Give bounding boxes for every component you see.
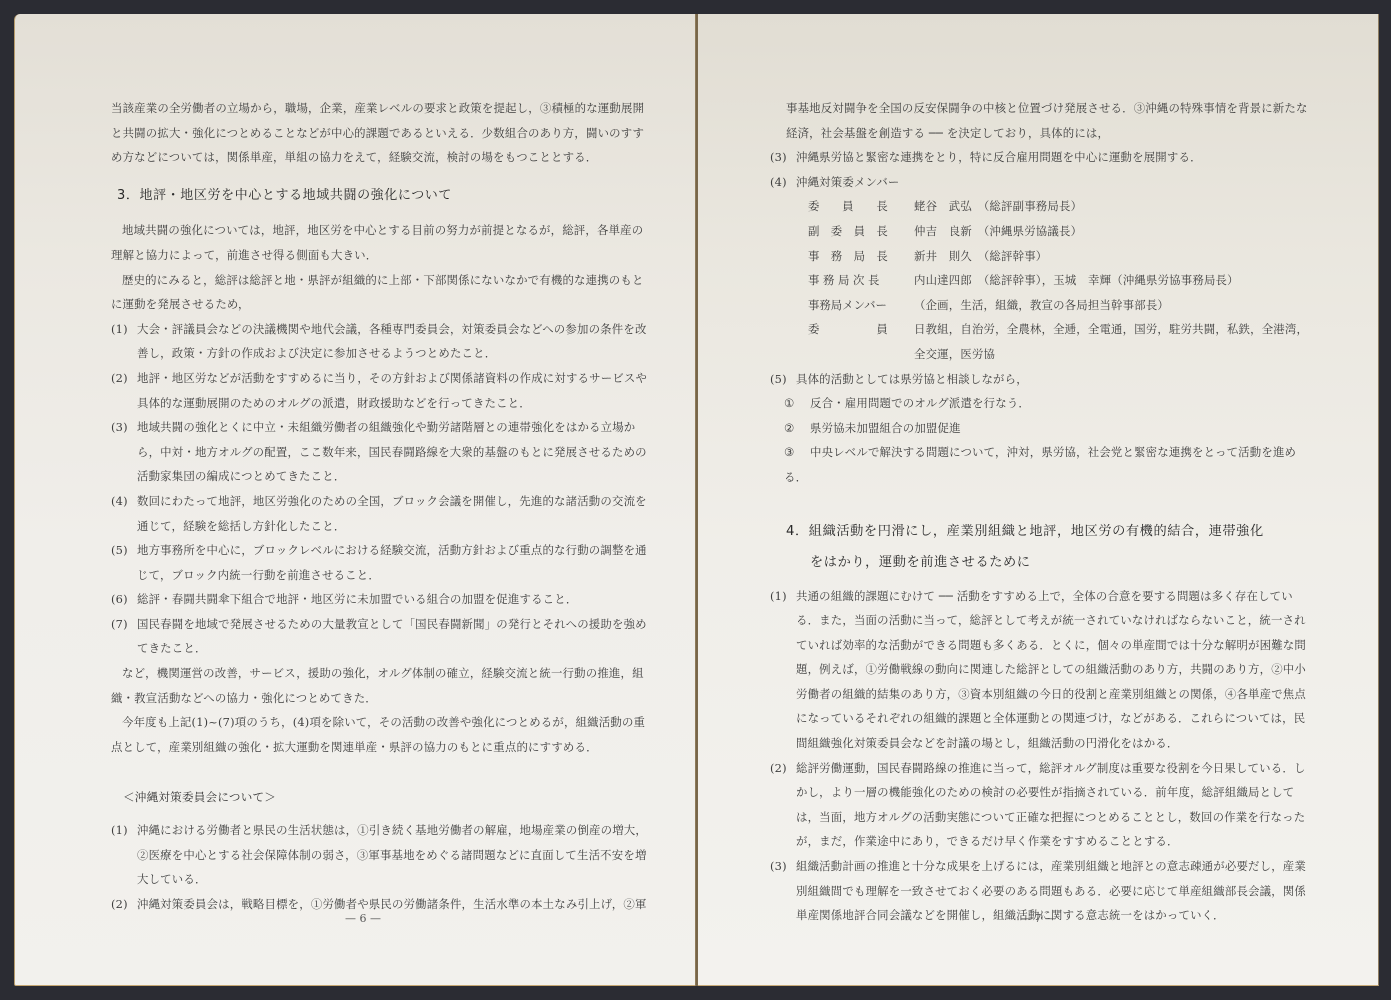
member-row: 事 務 局 長新井 則久 （総評幹事） [770, 244, 1310, 269]
right-page: 事基地反対闘争を全国の反安保闘争の中核と位置づけ発展させる．③沖縄の特殊事情を背… [698, 14, 1379, 986]
list-item: (1)共通の組織的課題にむけて ── 活動をすすめる上で，全体の合意を要する問題… [770, 584, 1310, 756]
heading-line: をはかり，運動を前進させるために [786, 547, 1310, 578]
member-name: 蛯谷 武弘 （総評副事務局長） [914, 194, 1310, 219]
list-item: (2)総評労働運動，国民春闘路線の推進に当って，総評オルグ制度は重要な役割を今日… [770, 756, 1310, 854]
list-item: (5)地方事務所を中心に，ブロックレベルにおける経験交流，活動方針および重点的な… [111, 538, 651, 587]
sub-list-item: ③中央レベルで解決する問題について，沖対，県労協，社会党と緊密な連携をとって活動… [770, 440, 1310, 489]
list-item: (6)総評・春闘共闘傘下組合で地評・地区労に未加盟でいる組合の加盟を促進すること… [111, 587, 651, 612]
list-item: (3)沖縄県労協と緊密な連携をとり，特に反合雇用問題を中心に運動を展開する． [770, 145, 1310, 170]
intro-paragraph: 当該産業の全労働者の立場から，職場，企業，産業レベルの要求と政策を提起し，③積極… [111, 96, 651, 170]
left-page-body: 当該産業の全労働者の立場から，職場，企業，産業レベルの要求と政策を提起し，③積極… [111, 96, 651, 916]
member-row: 委 員日教組，自治労，全農林，全逓，全電通，国労，駐労共闘，私鉄，全港湾，全交運… [770, 317, 1310, 366]
paragraph: 今年度も上記(1)~(7)項のうち，(4)項を除いて，その活動の改善や強化につと… [111, 710, 651, 759]
item-number: (3) [770, 145, 796, 170]
paragraph: など，機関運営の改善，サービス，援助の強化，オルグ体制の確立，経験交流と統一行動… [111, 661, 651, 710]
item-text: 沖縄における労働者と県民の生活状態は，①引き続く基地労働者の解雇，地場産業の倒産… [137, 823, 647, 886]
member-row: 事務局メンバー（企画，生活，組織，教宣の各局担当幹事部長） [770, 293, 1310, 318]
item-text: 国民春闘を地域で発展させるための大量教宣として「国民春闘新聞」の発行とそれへの援… [137, 617, 647, 656]
member-row: 委 員 長蛯谷 武弘 （総評副事務局長） [770, 194, 1310, 219]
page-number: — 6 — [345, 912, 381, 925]
member-role: 事務局メンバー [808, 293, 914, 318]
item-text: 反合・雇用問題でのオルグ派遣を行なう． [810, 396, 1030, 410]
item-text: 総評労働運動，国民春闘路線の推進に当って，総評オルグ制度は重要な役割を今日果して… [796, 761, 1306, 849]
member-role: 事 務 局 長 [808, 244, 914, 269]
item-text: 沖縄対策委員会は，戦略目標を，①労働者や県民の労働諸条件，生活水準の本土なみ引上… [137, 897, 647, 911]
item-number: (5) [770, 367, 796, 392]
member-role: 委 員 長 [808, 194, 914, 219]
page-number: — 7 — [1020, 912, 1056, 925]
list-item: (1)沖縄における労働者と県民の生活状態は，①引き続く基地労働者の解雇，地場産業… [111, 818, 651, 892]
item-text: 県労協未加盟組合の加盟促進 [810, 421, 961, 435]
left-page: 当該産業の全労働者の立場から，職場，企業，産業レベルの要求と政策を提起し，③積極… [14, 14, 697, 986]
item-number: ③ [784, 440, 810, 465]
list-item: (2)地評・地区労などが活動をすすめるに当り，その方針および関係諸資料の作成に対… [111, 366, 651, 415]
item-number: (1) [111, 818, 137, 843]
continuation-paragraph: 事基地反対闘争を全国の反安保闘争の中核と位置づけ発展させる．③沖縄の特殊事情を背… [770, 96, 1310, 145]
member-role: 委 員 [808, 317, 914, 366]
member-row: 副 委 員 長仲吉 良新 （沖縄県労協議長） [770, 219, 1310, 244]
item-number: (6) [111, 587, 137, 612]
list-item: (3)地域共闘の強化とくに中立・未組織労働者の組織強化や勤労諸階層との連帯強化を… [111, 415, 651, 489]
item-text: 中央レベルで解決する問題について，沖対，県労協，社会党と緊密な連携をとって活動を… [784, 445, 1296, 484]
member-name: 新井 則久 （総評幹事） [914, 244, 1310, 269]
item-text: 地域共闘の強化とくに中立・未組織労働者の組織強化や勤労諸階層との連帯強化をはかる… [137, 420, 647, 483]
item-number: (5) [111, 538, 137, 563]
item-text: 大会・評議員会などの決議機関や地代会議，各種専門委員会，対策委員会などへの参加の… [137, 322, 647, 361]
item-text: 地方事務所を中心に，ブロックレベルにおける経験交流，活動方針および重点的な行動の… [137, 543, 647, 582]
okinawa-committee-heading: ＜沖縄対策委員会について＞ [123, 785, 651, 810]
item-number: ② [784, 416, 810, 441]
numbered-list: (1)大会・評議員会などの決議機関や地代会議，各種専門委員会，対策委員会などへの… [111, 317, 651, 661]
list-item: (4)数回にわたって地評，地区労強化のための全国，ブロック会議を開催し，先進的な… [111, 489, 651, 538]
item-number: (1) [770, 584, 796, 609]
item-text: 具体的活動としては県労協と相談しながら， [796, 372, 1028, 386]
section-3-heading: 3．地評・地区労を中心とする地域共闘の強化について [117, 184, 651, 209]
item-number: (3) [111, 415, 137, 440]
paragraph: 地域共闘の強化については，地評，地区労を中心とする目前の努力が前提となるが，総評… [111, 218, 651, 267]
member-name: （企画，生活，組織，教宣の各局担当幹事部長） [914, 293, 1310, 318]
item-text: 地評・地区労などが活動をすすめるに当り，その方針および関係諸資料の作成に対するサ… [137, 371, 647, 410]
list-item: (5)具体的活動としては県労協と相談しながら， [770, 367, 1310, 392]
item-text: 共通の組織的課題にむけて ── 活動をすすめる上で，全体の合意を要する問題は多く… [796, 589, 1306, 751]
sub-list-item: ①反合・雇用問題でのオルグ派遣を行なう． [770, 391, 1310, 416]
item-number: (2) [111, 366, 137, 391]
member-name: 仲吉 良新 （沖縄県労協議長） [914, 219, 1310, 244]
member-name: 内山達四郎 （総評幹事），玉城 幸輝（沖縄県労協事務局長） [914, 268, 1310, 293]
committee-members-table: 委 員 長蛯谷 武弘 （総評副事務局長） 副 委 員 長仲吉 良新 （沖縄県労協… [770, 194, 1310, 366]
item-number: (1) [111, 317, 137, 342]
member-role: 副 委 員 長 [808, 219, 914, 244]
item-number: (4) [770, 170, 796, 195]
item-text: 沖縄県労協と緊密な連携をとり，特に反合雇用問題を中心に運動を展開する． [796, 150, 1202, 164]
list-item: (1)大会・評議員会などの決議機関や地代会議，各種専門委員会，対策委員会などへの… [111, 317, 651, 366]
right-page-body: 事基地反対闘争を全国の反安保闘争の中核と位置づけ発展させる．③沖縄の特殊事情を背… [770, 96, 1310, 928]
item-number: (2) [111, 892, 137, 917]
member-name: 日教組，自治労，全農林，全逓，全電通，国労，駐労共闘，私鉄，全港湾，全交運，医労… [914, 317, 1310, 366]
sub-list-item: ②県労協未加盟組合の加盟促進 [770, 416, 1310, 441]
item-number: (2) [770, 756, 796, 781]
item-number: (4) [111, 489, 137, 514]
item-number: ① [784, 391, 810, 416]
item-number: (7) [111, 612, 137, 637]
member-row: 事 務 局 次 長内山達四郎 （総評幹事），玉城 幸輝（沖縄県労協事務局長） [770, 268, 1310, 293]
list-item: (7)国民春闘を地域で発展させるための大量教宣として「国民春闘新聞」の発行とそれ… [111, 612, 651, 661]
item-text: 総評・春闘共闘傘下組合で地評・地区労に未加盟でいる組合の加盟を促進すること． [137, 592, 577, 606]
heading-line: 4．組織活動を円滑にし，産業別組織と地評，地区労の有機的結合，連帯強化 [786, 524, 1264, 539]
item-text: 沖縄対策委メンバー [796, 175, 900, 189]
member-role: 事 務 局 次 長 [808, 268, 914, 293]
list-item: (2)沖縄対策委員会は，戦略目標を，①労働者や県民の労働諸条件，生活水準の本土な… [111, 892, 651, 917]
list-item: (4)沖縄対策委メンバー [770, 170, 1310, 195]
paragraph: 歴史的にみると，総評は総評と地・県評が組織的に上部・下部関係にないなかで有機的な… [111, 268, 651, 317]
item-number: (3) [770, 854, 796, 879]
section-4-heading: 4．組織活動を円滑にし，産業別組織と地評，地区労の有機的結合，連帯強化をはかり，… [786, 516, 1310, 578]
item-text: 数回にわたって地評，地区労強化のための全国，ブロック会議を開催し，先進的な諸活動… [137, 494, 647, 533]
